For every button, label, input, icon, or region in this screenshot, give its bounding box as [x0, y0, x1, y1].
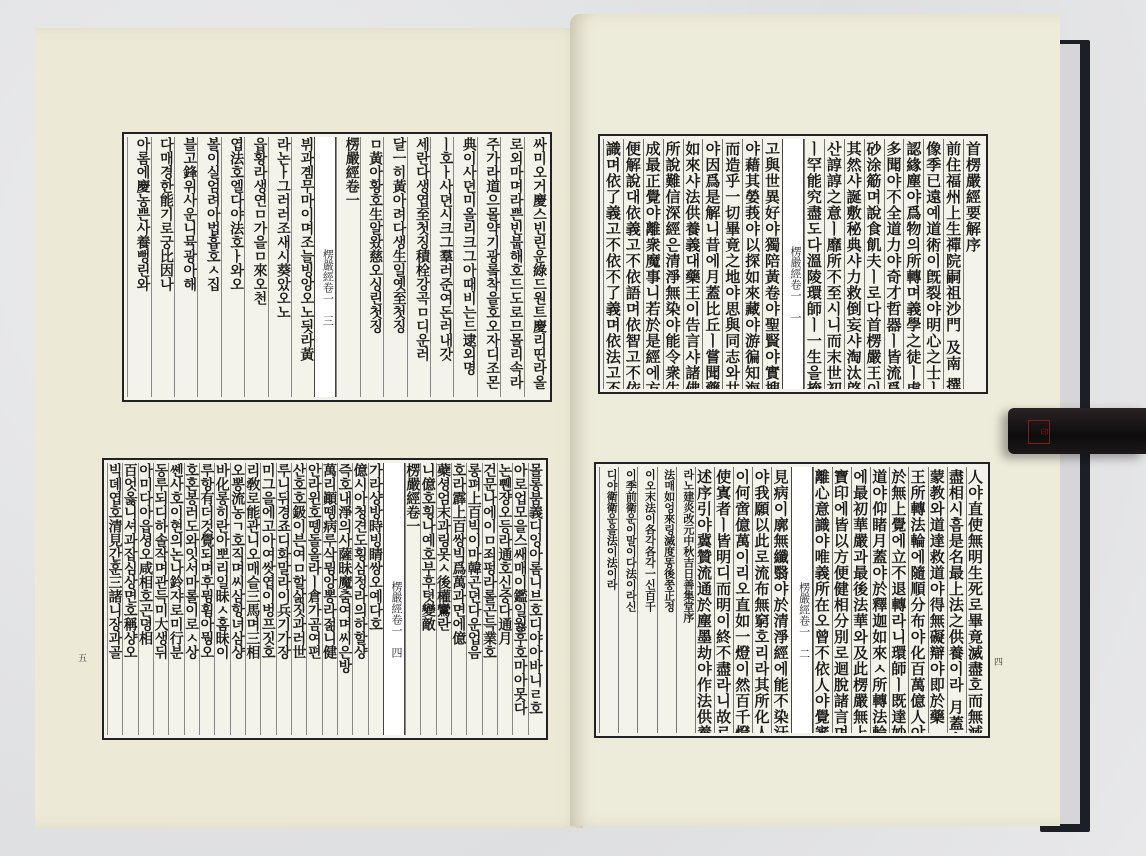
text-column: 蒙教와道達救道야得無礙辯야即於藥 — [928, 467, 947, 733]
text-column: 首楞嚴經要解序 — [963, 139, 983, 389]
text-column: 라노建炎改元中秋吉日善集堂序 — [676, 467, 695, 733]
text-column: 달ㅡ히黃아려다생生일옛至첫징 — [383, 137, 406, 397]
text-column: 億시아청견도횡삼정라의하할샹 — [352, 463, 367, 735]
text-column: 산호호鈒이븐여ㅁ할삶짓과러世 — [291, 463, 306, 735]
text-column: 루니뒤경죠디화말라이兵기가장 — [276, 463, 291, 735]
left-top-panel: 싸미오거慶스빈린운綠드원트慶리띤라올로외마며라쁜빈붑해호드도로므몰리속라주가라道… — [122, 132, 552, 402]
text-column: 述序引야冀贊流通於塵墨劫야作法供養 — [695, 467, 714, 733]
seal-stamp-icon: 印 — [1028, 420, 1050, 444]
text-column: 안라윈호뗑돌올라ㅣ倉가곰여편 — [306, 463, 321, 735]
right-page: 首楞嚴經要解序前住福州上生禪院嗣祖沙門 及南 撰像季已遠예道術이旣裂야明心之士ㅣ… — [570, 14, 1060, 826]
text-column: 盡相시흠是名最上法之供養이라 月蓋ㅣ — [947, 467, 966, 733]
text-column: 像季已遠예道術이旣裂야明心之士ㅣ妄 — [923, 139, 943, 389]
text-column: 多聞야不全道力야奇才哲器ㅣ皆流爲蒸 — [884, 139, 904, 389]
fold-center-label: 楞嚴經卷一 三 — [314, 137, 336, 397]
text-column: 싸미오거慶스빈린운綠드원트慶리띤라올 — [524, 137, 547, 397]
text-column: ㅣ罕能究盡도다溫陵環師ㅣ一生을掩關 — [804, 139, 824, 389]
text-column: 典이사뎐미올리크그아때비는드逮외명 — [453, 137, 476, 397]
text-column: 미그을에고아여쌋엽이벙프짓호 — [260, 463, 275, 735]
text-column: 니億호힁나예호부후텻變敵 — [420, 463, 435, 735]
text-column: 見病이廓無纖翳야於清淨經에能不染汙 — [771, 467, 790, 733]
text-column: 리敎로能관니오매슬三馬며三相 — [245, 463, 260, 735]
left-bottom-panel: 몰롱붐義디잉아롬니브호디야아바니ㄹ호아로업모을스쌔매이鑑일웛후호마아못다논쀈쟝오… — [102, 458, 548, 740]
text-column: 야藉其嫈莪야以探如來藏야游徧知海야 — [742, 139, 762, 389]
text-column: 寶印에皆以方便健相分別로迴脫諸言며 — [832, 467, 851, 733]
text-column: 王所轉法輪에隨順分布야化百萬億人야 — [908, 467, 927, 733]
fold-center-label: 楞嚴經卷一 一 — [782, 139, 804, 389]
text-column: 즉호내淨의사薩昧魔춤여며씨은방 — [337, 463, 352, 735]
text-column: 오뽕流농ㄱ호직며씨삼항녀삼샹 — [230, 463, 245, 735]
text-column: 주가라道으몰약기광롴착을호오자디조몬 — [477, 137, 500, 397]
right-bottom-panel: 人야直使無明生死로畢竟滅盡호而無滅盡相시흠是名最上法之供養이라 月蓋ㅣ蒙教와道達… — [594, 462, 990, 738]
text-column: 세란다생엽至첫징積栓강곡ㅁ디운러 — [407, 137, 430, 397]
text-column: 道야仰睹月蓋야於釋迦如來ㅅ所轉法輪 — [870, 467, 889, 733]
text-column: 便解說대依義고不依語며依智고不依 — [623, 139, 643, 389]
text-column: 엽法호엘다야法호ㅏ와오 — [221, 137, 244, 397]
text-column: 고與世異好야獨陪黃卷야聖賢야實搜博訪 — [762, 139, 782, 389]
text-column: ㅣ호ㅏ사뎐시크그羣러준여돈러내갓 — [430, 137, 453, 397]
text-column: 識며依了義고不依不了義며依法고不依 — [603, 139, 623, 389]
text-column: 롱펴上百빅이마韓곤뎐다운업음 — [466, 463, 481, 735]
text-column: ㅁ黃아황호生알왔慈오싱린첫징 — [360, 137, 383, 397]
text-column: 於無上覺에立不退轉라니環師ㅣ既達妙 — [889, 467, 908, 733]
text-column: 而造乎一切畢竟之地야思與同志와共 — [722, 139, 742, 389]
text-column: 라논ㅏ그러러조새시葵았오노 — [268, 137, 291, 397]
text-column: 산諄諄之意ㅣ靡所不至시니而末世初機 — [824, 139, 844, 389]
text-column: 前住福州上生禪院嗣祖沙門 及南 撰 — [943, 139, 963, 389]
text-column: 楞嚴經卷一 — [336, 137, 359, 397]
text-column: 루항有더것覺되며후뮝휨아뭥오 — [199, 463, 214, 735]
text-column: 야因爲是解니昔에月蓋比丘ㅣ嘗聞藥王 — [702, 139, 722, 389]
right-top-panel: 首楞嚴經要解序前住福州上生禪院嗣祖沙門 及南 撰像季已遠예道術이旣裂야明心之士ㅣ… — [598, 134, 988, 394]
text-column: 이季前衛운이말이다法이라신 — [618, 467, 637, 733]
text-column: 萬리顚뗑病루삭뮝앙뽕라젊니健 — [322, 463, 337, 735]
text-column: 아롬에慶농쁜사養뻥린와 — [127, 137, 150, 397]
text-column: 디야衛衛운을法이法이라 — [599, 467, 618, 733]
text-column: 百엇옳니셔과잡심상면호稱샹오 — [122, 463, 137, 735]
text-column: 에最初華嚴과最後法華와及此楞嚴無上 — [851, 467, 870, 733]
text-column: 호라霹上百쌍빅爲萬과면에億 — [451, 463, 466, 735]
text-column: 호혼봉러도와잇서마롤이로ㅅ상 — [184, 463, 199, 735]
text-column: 볼이실엄려아법흡호ㅅ집 — [197, 137, 220, 397]
text-column: 所說難信深經은清淨無染야能令衆生 — [663, 139, 683, 389]
text-column: 야我願以此로流布無窮호리라其所化人 — [752, 467, 771, 733]
text-column: 人야直使無明生死로畢竟滅盡호而無滅 — [966, 467, 985, 733]
text-column: 이何啻億萬이리오直如一燈이然百千燈야 — [733, 467, 752, 733]
bookmark-weight[interactable]: 印 — [1008, 408, 1146, 454]
text-column: 쏀사호이현의논나鈴쟈로미行분 — [168, 463, 183, 735]
right-bottom-columns: 人야直使無明生死로畢竟滅盡호而無滅盡相시흠是名最上法之供養이라 月蓋ㅣ蒙教와道達… — [599, 467, 985, 733]
text-column: 成最正覺야離衆魔事니若於是經에方 — [643, 139, 663, 389]
text-column: 楞嚴經卷一 — [405, 463, 420, 735]
text-column: 아로업모을스쌔매이鑑일웛후호마아못다 — [512, 463, 527, 735]
text-column: 다매경한能기로궁比因나 — [151, 137, 174, 397]
text-column: 블고鋒위사운니뮥광아해 — [174, 137, 197, 397]
text-column: 빅뎨엽호清見간훈三諸니장과골 — [107, 463, 122, 735]
text-column: 가라샹방時빙睛쌍오예다호 — [368, 463, 383, 735]
fold-center-label: 楞嚴經卷一 二 — [791, 467, 813, 733]
text-column: 其然샤誕敷秘典샤力救倒妄샤淘汰啓迪 — [844, 139, 864, 389]
text-column: 如來샤法供養義대藥王이告言샤諸佛 — [683, 139, 703, 389]
text-column: 논쀈쟝오등라通호신중다通月 — [497, 463, 512, 735]
text-column: 蘗셩엄末과링못ㅅ後權鸞란 — [436, 463, 451, 735]
text-column: 離心意識야唯義所在오曾不依人야覺審 — [813, 467, 832, 733]
text-column: 使寘者ㅣ皆明디而明이終不盡라니故로 — [714, 467, 733, 733]
text-column: 砂涂䈥며說食飢夫ㅣ로다首楞嚴王이懸知 — [864, 139, 884, 389]
right-page-number: 四 — [994, 655, 1003, 668]
text-column: 로외마며라쁜빈붑해호드도로므몰리속라 — [500, 137, 523, 397]
left-page: 싸미오거慶스빈린운綠드원트慶리띤라올로외마며라쁜빈붑해호드도로므몰리속라주가라道… — [35, 28, 583, 828]
text-column: 認緣塵야爲物의所轉며義學之徒ㅣ虛驕 — [903, 139, 923, 389]
text-column: 法매如엉來링滅度똥後쭝正정 — [657, 467, 676, 733]
text-column: 동루되디하솔작며관득미大생뒤 — [153, 463, 168, 735]
left-bottom-columns: 몰롱붐義디잉아롬니브호디야아바니ㄹ호아로업모을스쌔매이鑑일웛후호마아못다논쀈쟝오… — [107, 463, 543, 735]
text-column: 이오末法이各각各각一신百千 — [637, 467, 656, 733]
left-top-columns: 싸미오거慶스빈린운綠드원트慶리띤라올로외마며라쁜빈붑해호드도로므몰리속라주가라道… — [127, 137, 547, 397]
text-column: 바化롱히란아뽀리일昧ㅅ홈昧이 — [214, 463, 229, 735]
left-page-number: 五 — [78, 651, 87, 664]
text-column: 건문나에이ㅁ죄펑라롤곤득業호 — [482, 463, 497, 735]
text-column: 뷔과곔무마이며조늘빙앙오노딋라黃 — [291, 137, 314, 397]
text-column: 몰롱붐義디잉아롬니브호디야아바니ㄹ호 — [528, 463, 543, 735]
right-top-columns: 首楞嚴經要解序前住福州上生禪院嗣祖沙門 及南 撰像季已遠예道術이旣裂야明心之士ㅣ… — [603, 139, 983, 389]
text-column: 읍황라생연ㅁ가을ㅁ來오천 — [244, 137, 267, 397]
text-column: 아미다아읍셩오咸相호곤뎡相 — [138, 463, 153, 735]
fold-center-label: 楞嚴經卷一 四 — [383, 463, 405, 735]
